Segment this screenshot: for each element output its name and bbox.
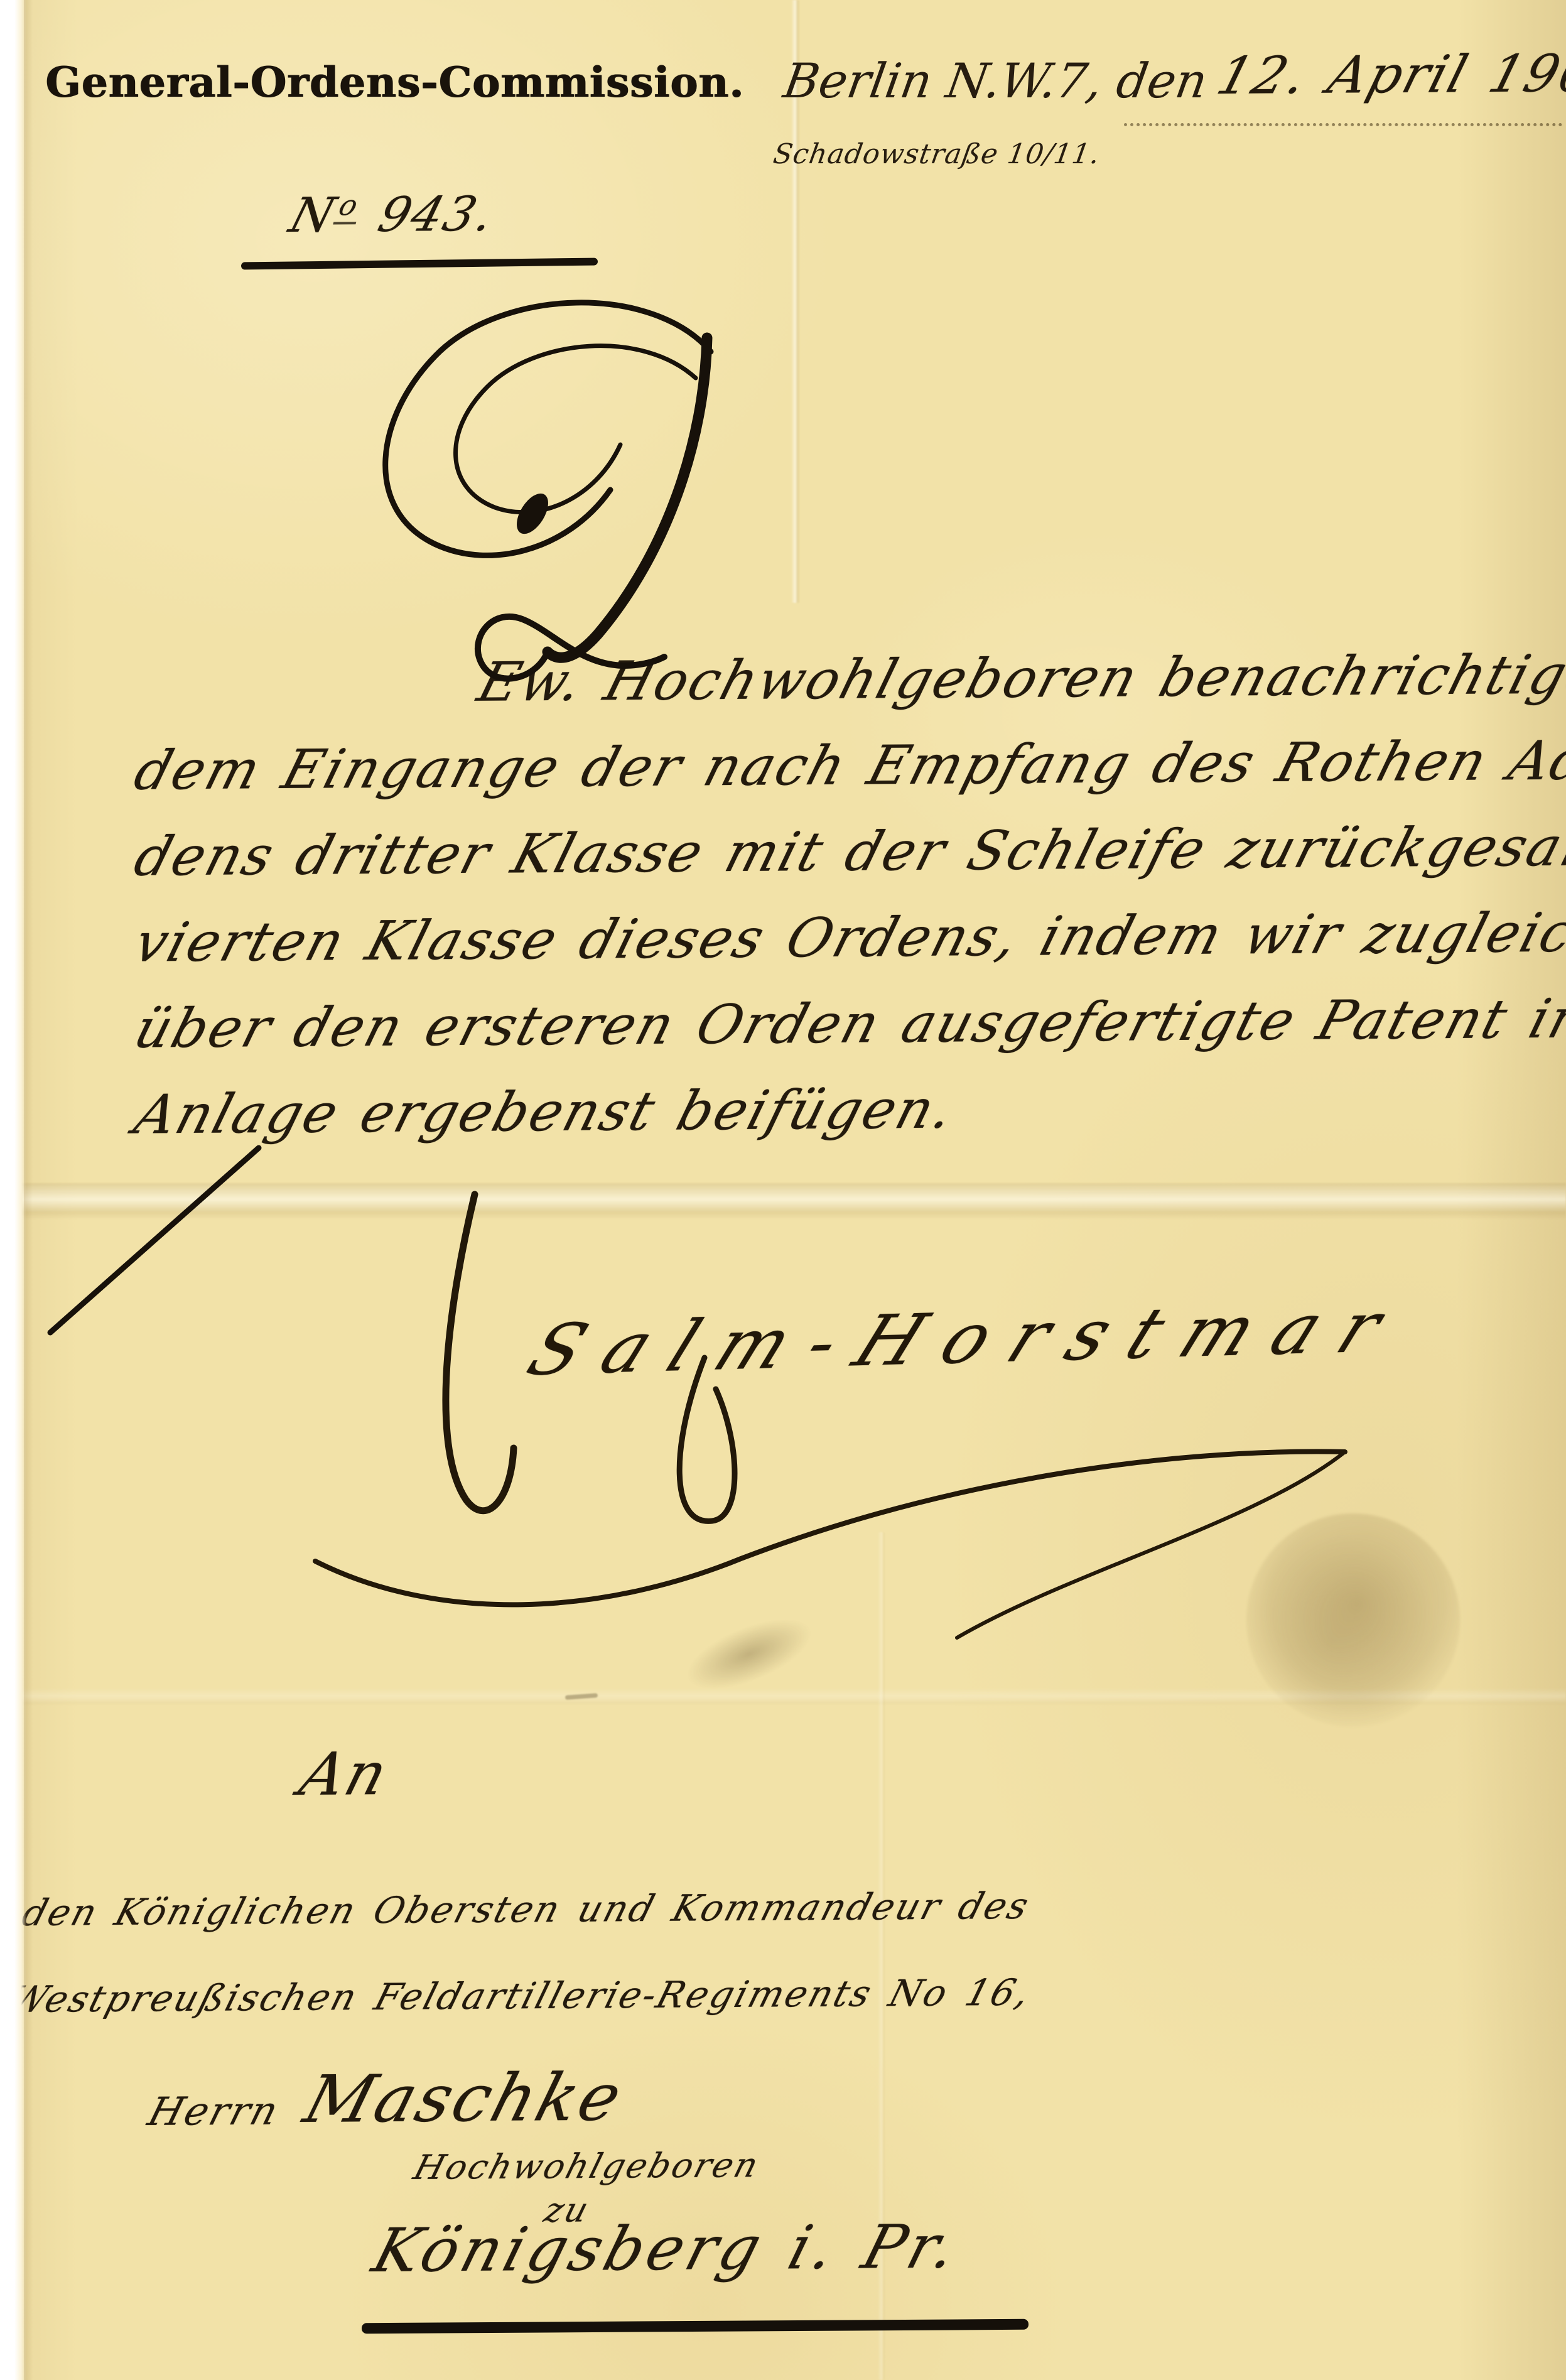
scan-edge-shadow bbox=[24, 0, 33, 2380]
scan-edge bbox=[0, 0, 26, 2380]
letter-body: Ew. Hochwohlgeboren benachrichtigen wir … bbox=[0, 647, 1566, 1163]
fold-crease-horizontal bbox=[0, 1183, 1566, 1220]
recipient-name: Maschke bbox=[296, 2059, 632, 2138]
signature-flourish-icon bbox=[315, 1194, 1345, 1638]
address-line-rank: den Königlichen Obersten und Kommandeur … bbox=[18, 1885, 1035, 1934]
dateline-place: Berlin N.W.7, den bbox=[780, 53, 1211, 109]
letterhead-title: General-Ordens-Commission. bbox=[45, 58, 744, 107]
check-mark-icon bbox=[50, 1148, 259, 1333]
signature-name: Salm-Horstmar bbox=[516, 1286, 1418, 1392]
salutation-flourish-icon bbox=[386, 303, 711, 679]
address-style: Hochwohlgeboren bbox=[409, 2145, 764, 2187]
body-line: über den ersteren Orden ausgefertigte Pa… bbox=[0, 980, 1566, 1077]
doc-number-underline bbox=[241, 258, 598, 270]
fingerprint-stain bbox=[1246, 1513, 1460, 1727]
address-line-regiment: Westpreußischen Feldartillerie-Regiments… bbox=[4, 1971, 1036, 2021]
city-underline bbox=[362, 2319, 1029, 2334]
address-city: Königsberg i. Pr. bbox=[365, 2212, 968, 2286]
address-honorific: Herrn bbox=[143, 2088, 285, 2134]
date-dotted-line bbox=[1124, 123, 1562, 126]
body-line: Ew. Hochwohlgeboren benachrichtigen wir … bbox=[0, 636, 1566, 733]
doc-number: No 943. bbox=[284, 186, 502, 243]
body-line: dem Eingange der nach Empfang des Rothen… bbox=[0, 722, 1566, 819]
body-line: vierten Klasse dieses Ordens, indem wir … bbox=[0, 894, 1566, 991]
doc-number-value: 943. bbox=[372, 186, 502, 242]
letter-page: General-Ordens-Commission. Berlin N.W.7,… bbox=[0, 0, 1566, 2380]
body-line: dens dritter Klasse mit der Schleife zur… bbox=[0, 808, 1566, 905]
body-line: Anlage ergebenst beifügen. bbox=[0, 1066, 1566, 1163]
address-salutation: An bbox=[293, 1740, 396, 1809]
dateline-date-handwritten: 12. April 1901. bbox=[1211, 43, 1566, 106]
letterhead-street: Schadowstraße 10/11. bbox=[771, 138, 1102, 170]
doc-number-n: N bbox=[284, 187, 343, 243]
